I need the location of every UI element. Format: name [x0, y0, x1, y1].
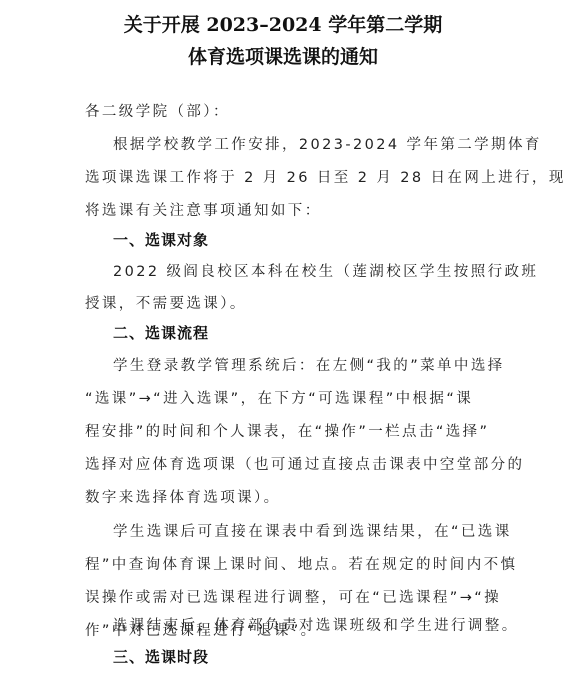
section-1-line-2: 授课，不需要选课）。: [85, 294, 485, 314]
section-2-p3-line-1: 选课结束后，体育部负责对选课班级和学生进行调整。: [113, 616, 513, 636]
section-2-p2-line-3: 误操作或需对已选课程进行调整，可在“已选课程”→“操: [85, 588, 485, 608]
intro-line-1: 根据学校教学工作安排，2023-2024 学年第二学期体育: [113, 135, 513, 155]
section-2-p2-line-2: 程”中查询体育课上课时间、地点。若在规定的时间内不慎: [85, 555, 485, 575]
section-heading-3: 三、选课时段: [113, 647, 513, 667]
salutation: 各二级学院（部）：: [85, 102, 485, 122]
intro-line-2: 选项课选课工作将于 2 月 26 日至 2 月 28 日在网上进行，现: [85, 168, 485, 188]
intro-line-3: 将选课有关注意事项通知如下：: [85, 201, 485, 221]
section-2-p1-line-5: 数字来选择体育选项课）。: [85, 488, 485, 508]
document-title-line-1: 关于开展 2023–2024 学年第二学期: [0, 13, 566, 37]
section-2-p1-line-1: 学生登录教学管理系统后：在左侧“我的”菜单中选择: [113, 356, 513, 376]
section-heading-1: 一、选课对象: [113, 230, 513, 250]
section-1-line-1: 2022 级阎良校区本科在校生（莲湖校区学生按照行政班: [113, 262, 513, 282]
section-heading-2: 二、选课流程: [113, 323, 513, 343]
section-2-p1-line-4: 选择对应体育选项课（也可通过直接点击课表中空堂部分的: [85, 455, 485, 475]
document-page: 关于开展 2023–2024 学年第二学期 体育选项课选课的通知 各二级学院（部…: [0, 0, 566, 685]
document-title-line-2: 体育选项课选课的通知: [0, 45, 566, 69]
section-2-p1-line-3: 程安排”的时间和个人课表，在“操作”一栏点击“选择”: [85, 422, 485, 442]
section-2-p2-line-1: 学生选课后可直接在课表中看到选课结果，在“已选课: [113, 522, 513, 542]
section-2-p1-line-2: “选课”→“进入选课”，在下方“可选课程”中根据“课: [85, 389, 485, 409]
